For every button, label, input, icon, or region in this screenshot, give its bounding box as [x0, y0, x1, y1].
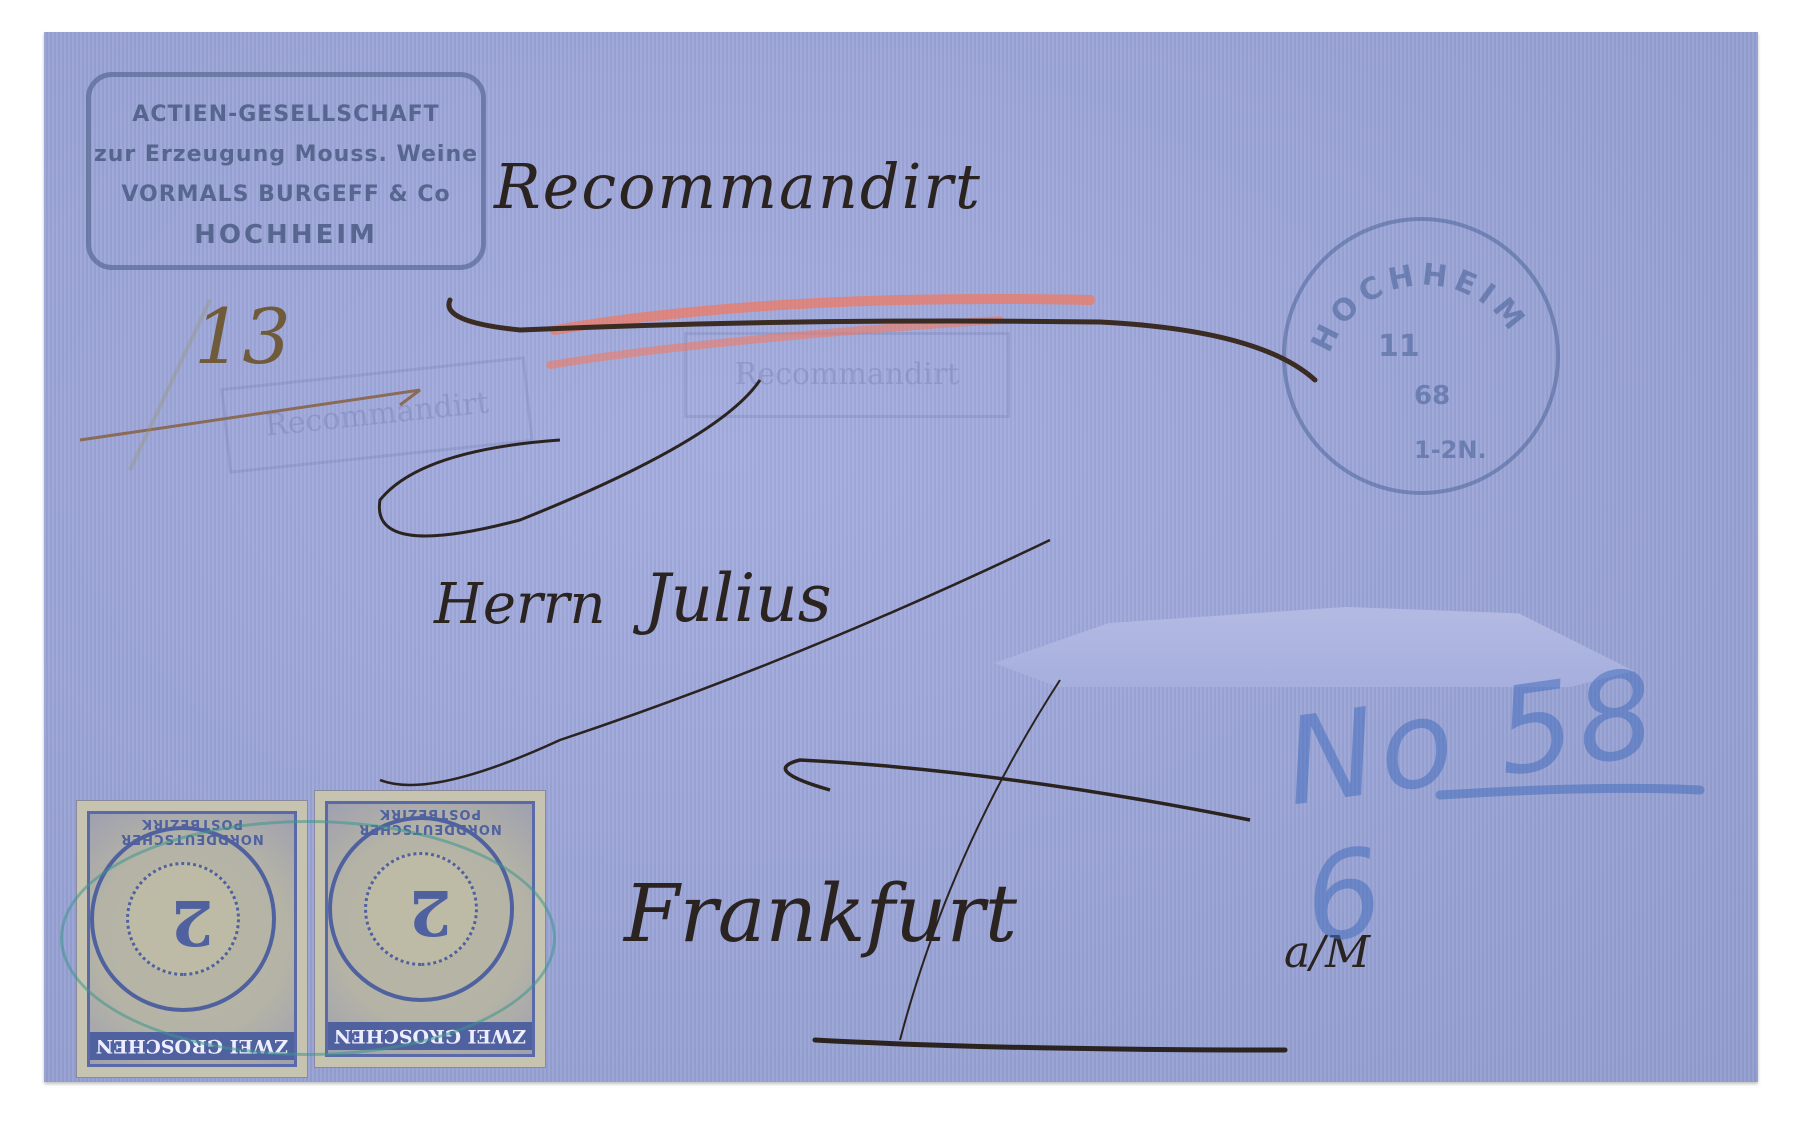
address-name: Julius — [644, 560, 832, 637]
postmark-day: 11 — [1378, 329, 1420, 364]
postmark-year: 68 — [1414, 381, 1450, 411]
stamp-ring-text: NORDDEUTSCHER POSTBEZIRK — [328, 806, 532, 836]
stamp-value: 2 — [90, 886, 294, 959]
address-salutation: Herrn — [434, 572, 606, 637]
postmark: HOCHHEIM 11 68 1-2N. — [1282, 217, 1560, 495]
cachet-city: HOCHHEIM — [91, 215, 481, 255]
stamp-header: ZWEI GROSCHEN — [90, 1032, 294, 1060]
stamp-value: 2 — [328, 876, 532, 949]
address-city: Frankfurt — [624, 867, 1017, 960]
svg-text:HOCHHEIM: HOCHHEIM — [1305, 257, 1535, 357]
cachet-line: VORMALS BURGEFF & Co — [91, 175, 481, 215]
cachet-line: ACTIEN-GESELLSCHAFT — [91, 95, 481, 135]
stamp-2: ZWEI GROSCHEN 2 NORDDEUTSCHER POSTBEZIRK — [314, 790, 546, 1068]
registration-label: Recommandirt — [494, 150, 982, 223]
cachet-line: zur Erzeugung Mouss. Weine — [91, 135, 481, 175]
stamp-header: ZWEI GROSCHEN — [328, 1022, 532, 1050]
sender-cachet: ACTIEN-GESELLSCHAFT zur Erzeugung Mouss.… — [86, 72, 486, 270]
annotation-number: 13 — [194, 292, 291, 381]
postmark-time: 1-2N. — [1414, 436, 1487, 464]
stamp-ring-text: NORDDEUTSCHER POSTBEZIRK — [90, 816, 294, 846]
ghost-registration-box: Recommandirt — [684, 332, 1010, 418]
stamp-1: ZWEI GROSCHEN 2 NORDDEUTSCHER POSTBEZIRK — [76, 800, 308, 1078]
